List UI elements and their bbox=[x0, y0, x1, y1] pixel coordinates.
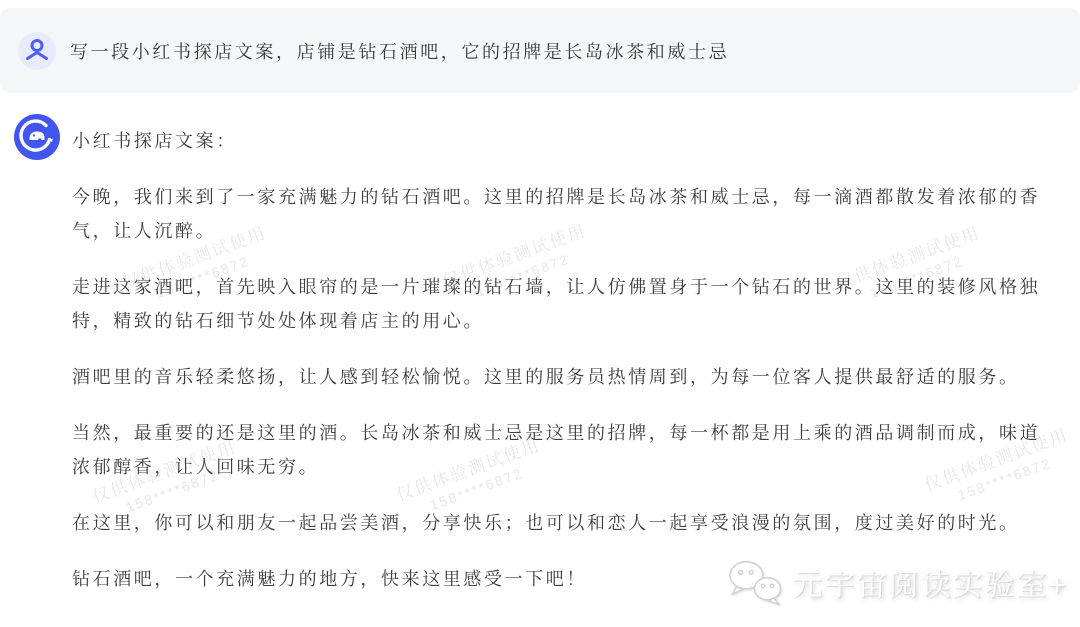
assistant-paragraph: 走进这家酒吧，首先映入眼帘的是一片璀璨的钻石墙，让人仿佛置身于一个钻石的世界。这… bbox=[72, 270, 1052, 338]
assistant-avatar bbox=[14, 114, 60, 160]
assistant-paragraph: 酒吧里的音乐轻柔悠扬，让人感到轻松愉悦。这里的服务员热情周到，为每一位客人提供最… bbox=[72, 360, 1052, 394]
assistant-message-body: 小红书探店文案： 今晚，我们来到了一家充满魅力的钻石酒吧。这里的招牌是长岛冰茶和… bbox=[72, 114, 1052, 618]
user-message-text: 写一段小红书探店文案，店铺是钻石酒吧，它的招牌是长岛冰茶和威士忌 bbox=[70, 38, 729, 64]
assistant-paragraph: 当然，最重要的还是这里的酒。长岛冰茶和威士忌是这里的招牌，每一杯都是用上乘的酒品… bbox=[72, 416, 1052, 484]
assistant-paragraph: 今晚，我们来到了一家充满魅力的钻石酒吧。这里的招牌是长岛冰茶和威士忌，每一滴酒都… bbox=[72, 180, 1052, 248]
user-avatar bbox=[18, 32, 56, 70]
assistant-response-title: 小红书探店文案： bbox=[72, 124, 1052, 158]
chat-conversation-page: 仅供体验测试使用 158****6872 仅供体验测试使用 158****687… bbox=[0, 0, 1080, 627]
person-icon bbox=[18, 32, 56, 70]
assistant-message: 小红书探店文案： 今晚，我们来到了一家充满魅力的钻石酒吧。这里的招牌是长岛冰茶和… bbox=[0, 93, 1080, 618]
user-message-bubble: 写一段小红书探店文案，店铺是钻石酒吧，它的招牌是长岛冰茶和威士忌 bbox=[0, 8, 1080, 93]
assistant-logo-icon bbox=[14, 114, 60, 160]
assistant-paragraph: 在这里，你可以和朋友一起品尝美酒，分享快乐；也可以和恋人一起享受浪漫的氛围，度过… bbox=[72, 506, 1052, 540]
assistant-paragraph: 钻石酒吧，一个充满魅力的地方，快来这里感受一下吧！ bbox=[72, 562, 1052, 596]
